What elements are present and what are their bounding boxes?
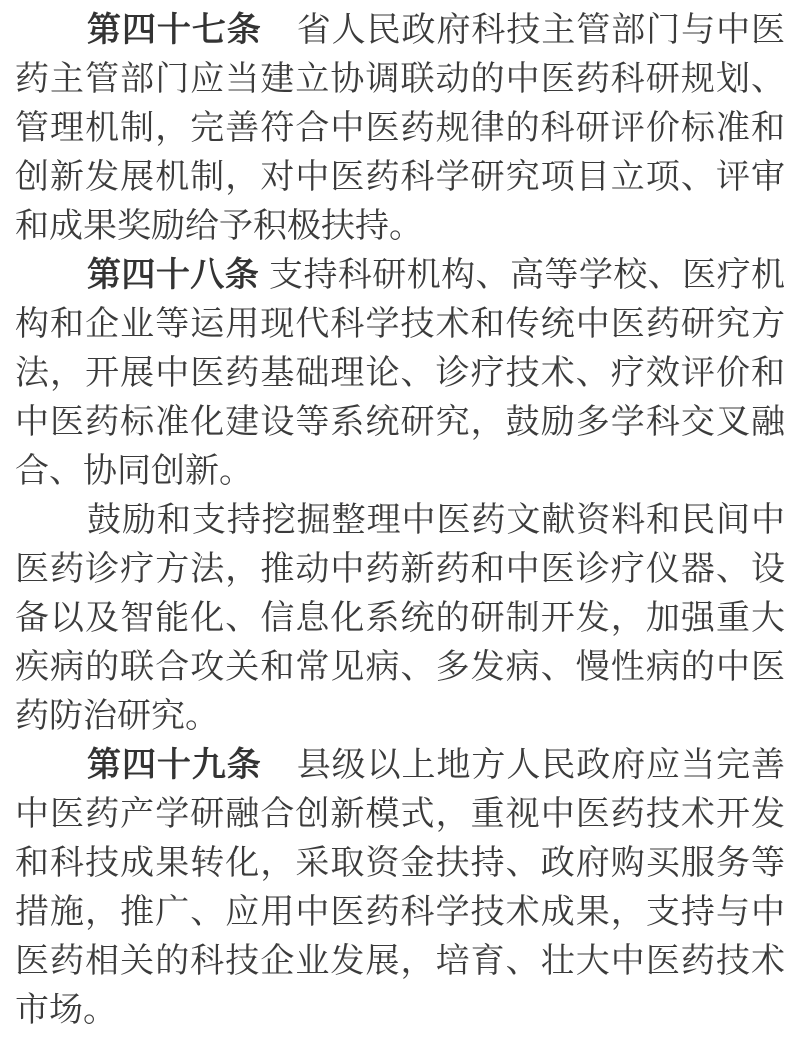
text-line: 法，开展中医药基础理论、诊疗技术、疗效评价和	[15, 349, 785, 398]
line-text: 医药诊疗方法，推动中药新药和中医诊疗仪器、设	[15, 550, 785, 588]
line-text: 支持科研机构、高等学校、医疗机	[259, 256, 785, 294]
line-text: 疾病的联合攻关和常见病、多发病、慢性病的中医	[15, 648, 785, 686]
text-line: 备以及智能化、信息化系统的研制开发，加强重大	[15, 594, 785, 643]
text-line: 和科技成果转化，采取资金扶持、政府购买服务等	[15, 839, 785, 888]
text-line: 第四十七条 省人民政府科技主管部门与中医	[15, 6, 785, 55]
text-line: 第四十九条 县级以上地方人民政府应当完善	[15, 741, 785, 790]
line-text: 法，开展中医药基础理论、诊疗技术、疗效评价和	[15, 354, 785, 392]
document-page: 第四十七条 省人民政府科技主管部门与中医药主管部门应当建立协调联动的中医药科研规…	[0, 0, 800, 1035]
text-line: 市场。	[15, 986, 785, 1035]
paragraph: 鼓励和支持挖掘整理中医药文献资料和民间中医药诊疗方法，推动中药新药和中医诊疗仪器…	[15, 496, 785, 741]
line-text: 中医药标准化建设等系统研究，鼓励多学科交叉融	[15, 403, 785, 441]
line-text: 措施，推广、应用中医药科学技术成果，支持与中	[15, 893, 785, 931]
line-text: 备以及智能化、信息化系统的研制开发，加强重大	[15, 599, 785, 637]
paragraph: 第四十七条 省人民政府科技主管部门与中医药主管部门应当建立协调联动的中医药科研规…	[15, 6, 785, 251]
line-text: 医药相关的科技企业发展，培育、壮大中医药技术	[15, 942, 785, 980]
paragraph: 第四十八条 支持科研机构、高等学校、医疗机构和企业等运用现代科学技术和传统中医药…	[15, 251, 785, 496]
text-line: 药防治研究。	[15, 692, 785, 741]
text-line: 鼓励和支持挖掘整理中医药文献资料和民间中	[15, 496, 785, 545]
line-text: 构和企业等运用现代科学技术和传统中医药研究方	[15, 305, 785, 343]
line-text: 药主管部门应当建立协调联动的中医药科研规划、	[15, 60, 785, 98]
line-text: 省人民政府科技主管部门与中医	[262, 11, 785, 49]
text-line: 构和企业等运用现代科学技术和传统中医药研究方	[15, 300, 785, 349]
text-line: 中医药产学研融合创新模式，重视中医药技术开发	[15, 790, 785, 839]
text-line: 创新发展机制，对中医药科学研究项目立项、评审	[15, 153, 785, 202]
line-text: 合、协同创新。	[15, 452, 253, 490]
text-line: 疾病的联合攻关和常见病、多发病、慢性病的中医	[15, 643, 785, 692]
text-line: 和成果奖励给予积极扶持。	[15, 202, 785, 251]
line-text: 和成果奖励给予积极扶持。	[15, 207, 423, 245]
line-text: 中医药产学研融合创新模式，重视中医药技术开发	[15, 795, 785, 833]
line-text: 县级以上地方人民政府应当完善	[262, 746, 785, 784]
paragraph: 第四十九条 县级以上地方人民政府应当完善中医药产学研融合创新模式，重视中医药技术…	[15, 741, 785, 1035]
text-line: 医药诊疗方法，推动中药新药和中医诊疗仪器、设	[15, 545, 785, 594]
article-number: 第四十八条	[87, 256, 259, 294]
text-line: 合、协同创新。	[15, 447, 785, 496]
line-text: 鼓励和支持挖掘整理中医药文献资料和民间中	[87, 501, 785, 539]
text-line: 中医药标准化建设等系统研究，鼓励多学科交叉融	[15, 398, 785, 447]
line-text: 药防治研究。	[15, 697, 219, 735]
line-text: 创新发展机制，对中医药科学研究项目立项、评审	[15, 158, 785, 196]
article-number: 第四十七条	[87, 11, 262, 49]
text-line: 医药相关的科技企业发展，培育、壮大中医药技术	[15, 937, 785, 986]
line-text: 和科技成果转化，采取资金扶持、政府购买服务等	[15, 844, 785, 882]
text-line: 管理机制，完善符合中医药规律的科研评价标准和	[15, 104, 785, 153]
text-line: 措施，推广、应用中医药科学技术成果，支持与中	[15, 888, 785, 937]
article-number: 第四十九条	[87, 746, 262, 784]
text-line: 第四十八条 支持科研机构、高等学校、医疗机	[15, 251, 785, 300]
line-text: 市场。	[15, 991, 117, 1029]
line-text: 管理机制，完善符合中医药规律的科研评价标准和	[15, 109, 785, 147]
text-line: 药主管部门应当建立协调联动的中医药科研规划、	[15, 55, 785, 104]
